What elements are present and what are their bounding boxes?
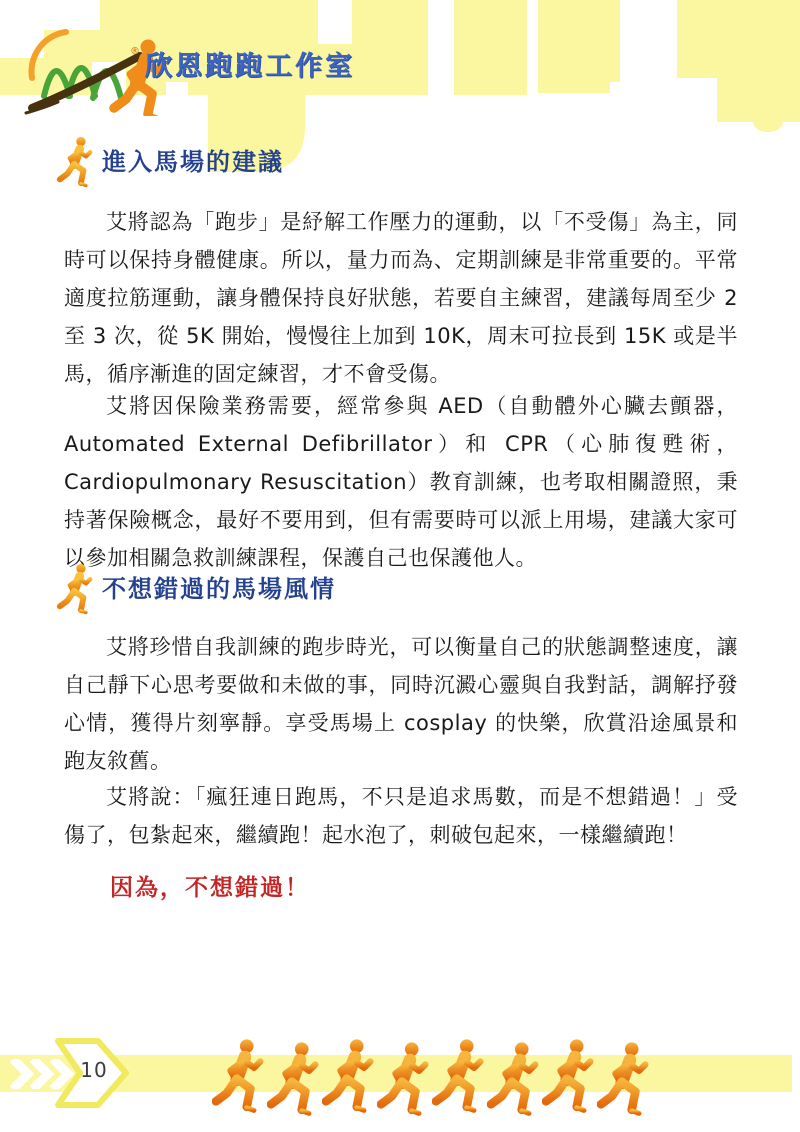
paragraph: 艾將說：「瘋狂連日跑馬，不只是追求馬數，而是不想錯過！」受傷了，包紮起來，繼續跑… — [64, 778, 738, 854]
heading-text: 進入馬場的建議 — [102, 136, 284, 188]
runner-silhouette-icon — [542, 1038, 597, 1114]
runner-silhouette-icon — [597, 1041, 652, 1117]
studio-logo: ® 欣恩跑跑工作室 — [18, 16, 418, 116]
studio-name: 欣恩跑跑工作室 — [145, 44, 355, 83]
section-heading-1: 進入馬場的建議 — [56, 136, 284, 188]
runner-silhouette-icon — [267, 1041, 322, 1117]
page-number: 10 — [74, 1058, 114, 1082]
book-page: ® 欣恩跑跑工作室 進入馬場的建議 艾將認為「跑步」是紓解工作壓力的運動，以「不… — [0, 0, 800, 1132]
registered-trademark: ® — [130, 46, 140, 57]
paragraph: 艾將珍惜自我訓練的跑步時光，可以衡量自己的狀態調整速度，讓自己靜下心思考要做和未… — [64, 628, 738, 780]
runner-silhouette-icon — [487, 1041, 542, 1117]
runner-icon — [56, 563, 96, 615]
paragraph: 艾將因保險業務需要，經常參與 AED（自動體外心臟去顫器，Automated E… — [64, 387, 738, 577]
heading-text: 不想錯過的馬場風情 — [102, 563, 336, 615]
emphasis-line: 因為，不想錯過！ — [64, 869, 738, 907]
runner-silhouette-icon — [212, 1038, 267, 1114]
footer-runners — [212, 1038, 652, 1114]
runner-icon — [56, 136, 96, 188]
paragraph: 艾將認為「跑步」是紓解工作壓力的運動，以「不受傷」為主，同時可以保持身體健康。所… — [64, 203, 738, 393]
runner-silhouette-icon — [432, 1038, 487, 1114]
section-heading-2: 不想錯過的馬場風情 — [56, 563, 336, 615]
runner-silhouette-icon — [377, 1041, 432, 1117]
runner-silhouette-icon — [322, 1038, 377, 1114]
